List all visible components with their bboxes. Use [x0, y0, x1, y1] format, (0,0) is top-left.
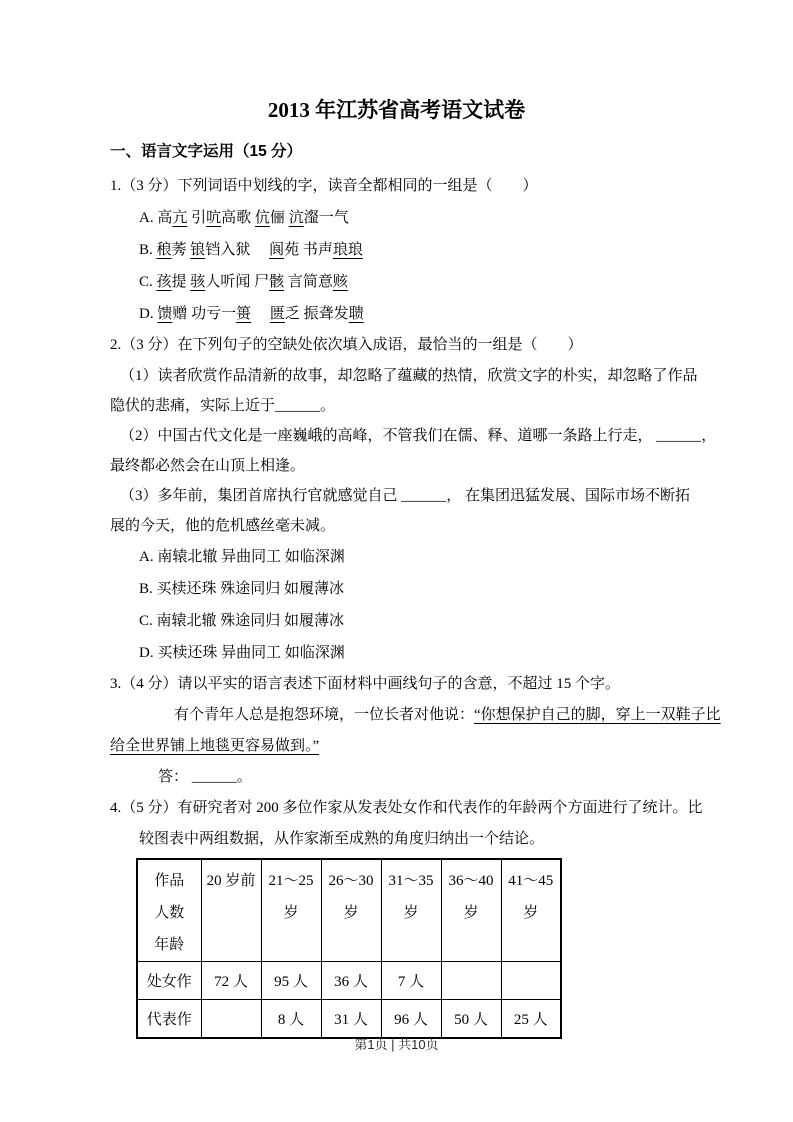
text-segment: 有个青年人总是抱怨环境，一位长者对他说： — [174, 707, 474, 723]
text-segment: C. — [139, 274, 157, 290]
text-segment: 赅 — [333, 274, 348, 290]
row-label-cell: 代表作 — [137, 1000, 201, 1039]
q1-option-d: D. 馈赠 功亏一篑 匮乏 振聋发聩 — [139, 298, 683, 330]
q1-stem: 1.（3 分）下列词语中划线的字，读音全都相同的一组是（ ） — [110, 171, 683, 202]
table-cell — [201, 1000, 261, 1039]
q2-item1-line1: （1）读者欣赏作品清新的故事，却忽略了蕴藏的热情，欣赏文字的朴实，却忽略了作品 — [110, 361, 683, 391]
q2-item2-line1: （2）中国古代文化是一座巍峨的高峰，不管我们在儒、释、道哪一条路上行走， ___… — [110, 421, 683, 451]
table-cell: 72 人 — [201, 962, 261, 1000]
q2-stem: 2.（3 分）在下列句子的空缺处依次填入成语，最恰当的一组是（ ） — [110, 330, 683, 361]
table-header-cell: 36～40 岁 — [441, 859, 501, 962]
table-row-debut-works: 处女作 72 人 95 人 36 人 7 人 — [137, 962, 561, 1000]
q1-option-c: C. 孩提 骇人听闻 尸骸 言简意赅 — [139, 266, 683, 298]
text-segment: 阆 — [269, 242, 284, 258]
q3-stem: 3.（4 分）请以平实的语言表述下面材料中画线句子的含意，不超过 15 个字。 — [110, 669, 683, 700]
text-segment: “你想保护自己的脚，穿上一双鞋子比 — [474, 707, 721, 723]
q2-item3-line2: 展的今天，他的危机感丝毫未减。 — [110, 511, 683, 541]
q1-option-b: B. 稂莠 锒铛入狱 阆苑 书声琅琅 — [139, 234, 683, 266]
text-segment: 提 — [172, 274, 191, 290]
section-heading: 一、语言文字运用（15 分） — [110, 141, 683, 163]
text-segment: 匮 — [270, 306, 285, 322]
text-segment: 赠 功亏一 — [172, 306, 236, 322]
text-segment: B. — [139, 242, 157, 258]
text-segment: D. — [139, 306, 157, 322]
q2-item1-line2: 隐伏的悲痛，实际上近于______。 — [110, 391, 683, 421]
text-segment — [251, 306, 270, 322]
text-segment: 锒 — [190, 242, 205, 258]
text-segment: 骇 — [190, 274, 205, 290]
table-cell — [441, 962, 501, 1000]
page-footer: 第1页 | 共10页 — [0, 1034, 793, 1053]
text-segment: 铛入狱 — [205, 242, 269, 258]
table-corner-cell: 作品 人数 年龄 — [137, 859, 201, 962]
document-content: 2013 年江苏省高考语文试卷 一、语言文字运用（15 分） 1.（3 分）下列… — [110, 95, 683, 1039]
text-segment: 高歌 — [221, 210, 255, 226]
table-header-cell: 41～45 岁 — [501, 859, 561, 962]
text-segment: 俪 — [270, 210, 289, 226]
q2-item2-line2: 最终都必然会在山顶上相逢。 — [110, 451, 683, 481]
q2-option-b: B. 买椟还珠 殊途同归 如履薄冰 — [139, 573, 683, 605]
text-segment: 苑 书声 — [284, 242, 333, 258]
text-segment: 骸 — [269, 274, 284, 290]
table-cell: 31 人 — [321, 1000, 381, 1039]
table-header-cell: 21～25 岁 — [261, 859, 321, 962]
text-segment: 沆 — [289, 210, 304, 226]
text-segment: 孩 — [157, 274, 172, 290]
table-header-cell: 26～30 岁 — [321, 859, 381, 962]
document-page: 2013 年江苏省高考语文试卷 一、语言文字运用（15 分） 1.（3 分）下列… — [0, 0, 793, 1122]
q3-material-line1: 有个青年人总是抱怨环境，一位长者对他说：“你想保护自己的脚，穿上一双鞋子比 — [110, 700, 683, 731]
text-segment: 亢 — [172, 210, 187, 226]
text-segment: 吭 — [206, 210, 221, 226]
text-segment: A. 高 — [139, 210, 172, 226]
text-segment: 瀣一气 — [304, 210, 349, 226]
q2-option-c: C. 南辕北辙 殊途同归 如履薄冰 — [139, 605, 683, 637]
table-cell — [501, 962, 561, 1000]
table-cell: 95 人 — [261, 962, 321, 1000]
text-segment: 馈 — [157, 306, 172, 322]
table-header-cell: 31～35 岁 — [381, 859, 441, 962]
text-segment: 琅琅 — [333, 242, 363, 258]
row-label-cell: 处女作 — [137, 962, 201, 1000]
text-segment: 聩 — [349, 306, 364, 322]
table-header-cell: 20 岁前 — [201, 859, 261, 962]
q2-option-d: D. 买椟还珠 异曲同工 如临深渊 — [139, 637, 683, 669]
table-row-masterpiece-works: 代表作 8 人 31 人 96 人 50 人 25 人 — [137, 1000, 561, 1039]
q3-material-line2: 给全世界铺上地毯更容易做到。” — [110, 731, 683, 762]
table-cell: 96 人 — [381, 1000, 441, 1039]
q4-stem-line2: 较图表中两组数据，从作家渐至成熟的角度归纳出一个结论。 — [139, 824, 683, 855]
table-cell: 25 人 — [501, 1000, 561, 1039]
text-segment: 稂 — [157, 242, 172, 258]
table-cell: 7 人 — [381, 962, 441, 1000]
text-segment: 言简意 — [284, 274, 333, 290]
text-segment: 引 — [187, 210, 206, 226]
text-segment: 莠 — [172, 242, 191, 258]
q2-option-a: A. 南辕北辙 异曲同工 如临深渊 — [139, 541, 683, 573]
text-segment: 伉 — [255, 210, 270, 226]
table-header-row: 作品 人数 年龄 20 岁前 21～25 岁 26～30 岁 31～35 岁 3… — [137, 859, 561, 962]
author-age-statistics-table: 作品 人数 年龄 20 岁前 21～25 岁 26～30 岁 31～35 岁 3… — [136, 858, 562, 1039]
text-segment: 乏 振聋发 — [285, 306, 349, 322]
q2-item3-line1: （3）多年前，集团首席执行官就感觉自己 ______， 在集团迅猛发展、国际市场… — [110, 481, 683, 511]
q3-answer-line: 答： ______。 — [158, 762, 683, 793]
table-cell: 8 人 — [261, 1000, 321, 1039]
page-title: 2013 年江苏省高考语文试卷 — [110, 95, 683, 125]
q1-option-a: A. 高亢 引吭高歌 伉俪 沆瀣一气 — [139, 202, 683, 234]
text-segment: 人听闻 尸 — [205, 274, 269, 290]
table-cell: 36 人 — [321, 962, 381, 1000]
q4-stem-line1: 4.（5 分）有研究者对 200 多位作家从发表处女作和代表作的年龄两个方面进行… — [110, 793, 683, 824]
text-segment: 篑 — [236, 306, 251, 322]
text-segment: 给全世界铺上地毯更容易做到。” — [110, 738, 319, 754]
table-cell: 50 人 — [441, 1000, 501, 1039]
